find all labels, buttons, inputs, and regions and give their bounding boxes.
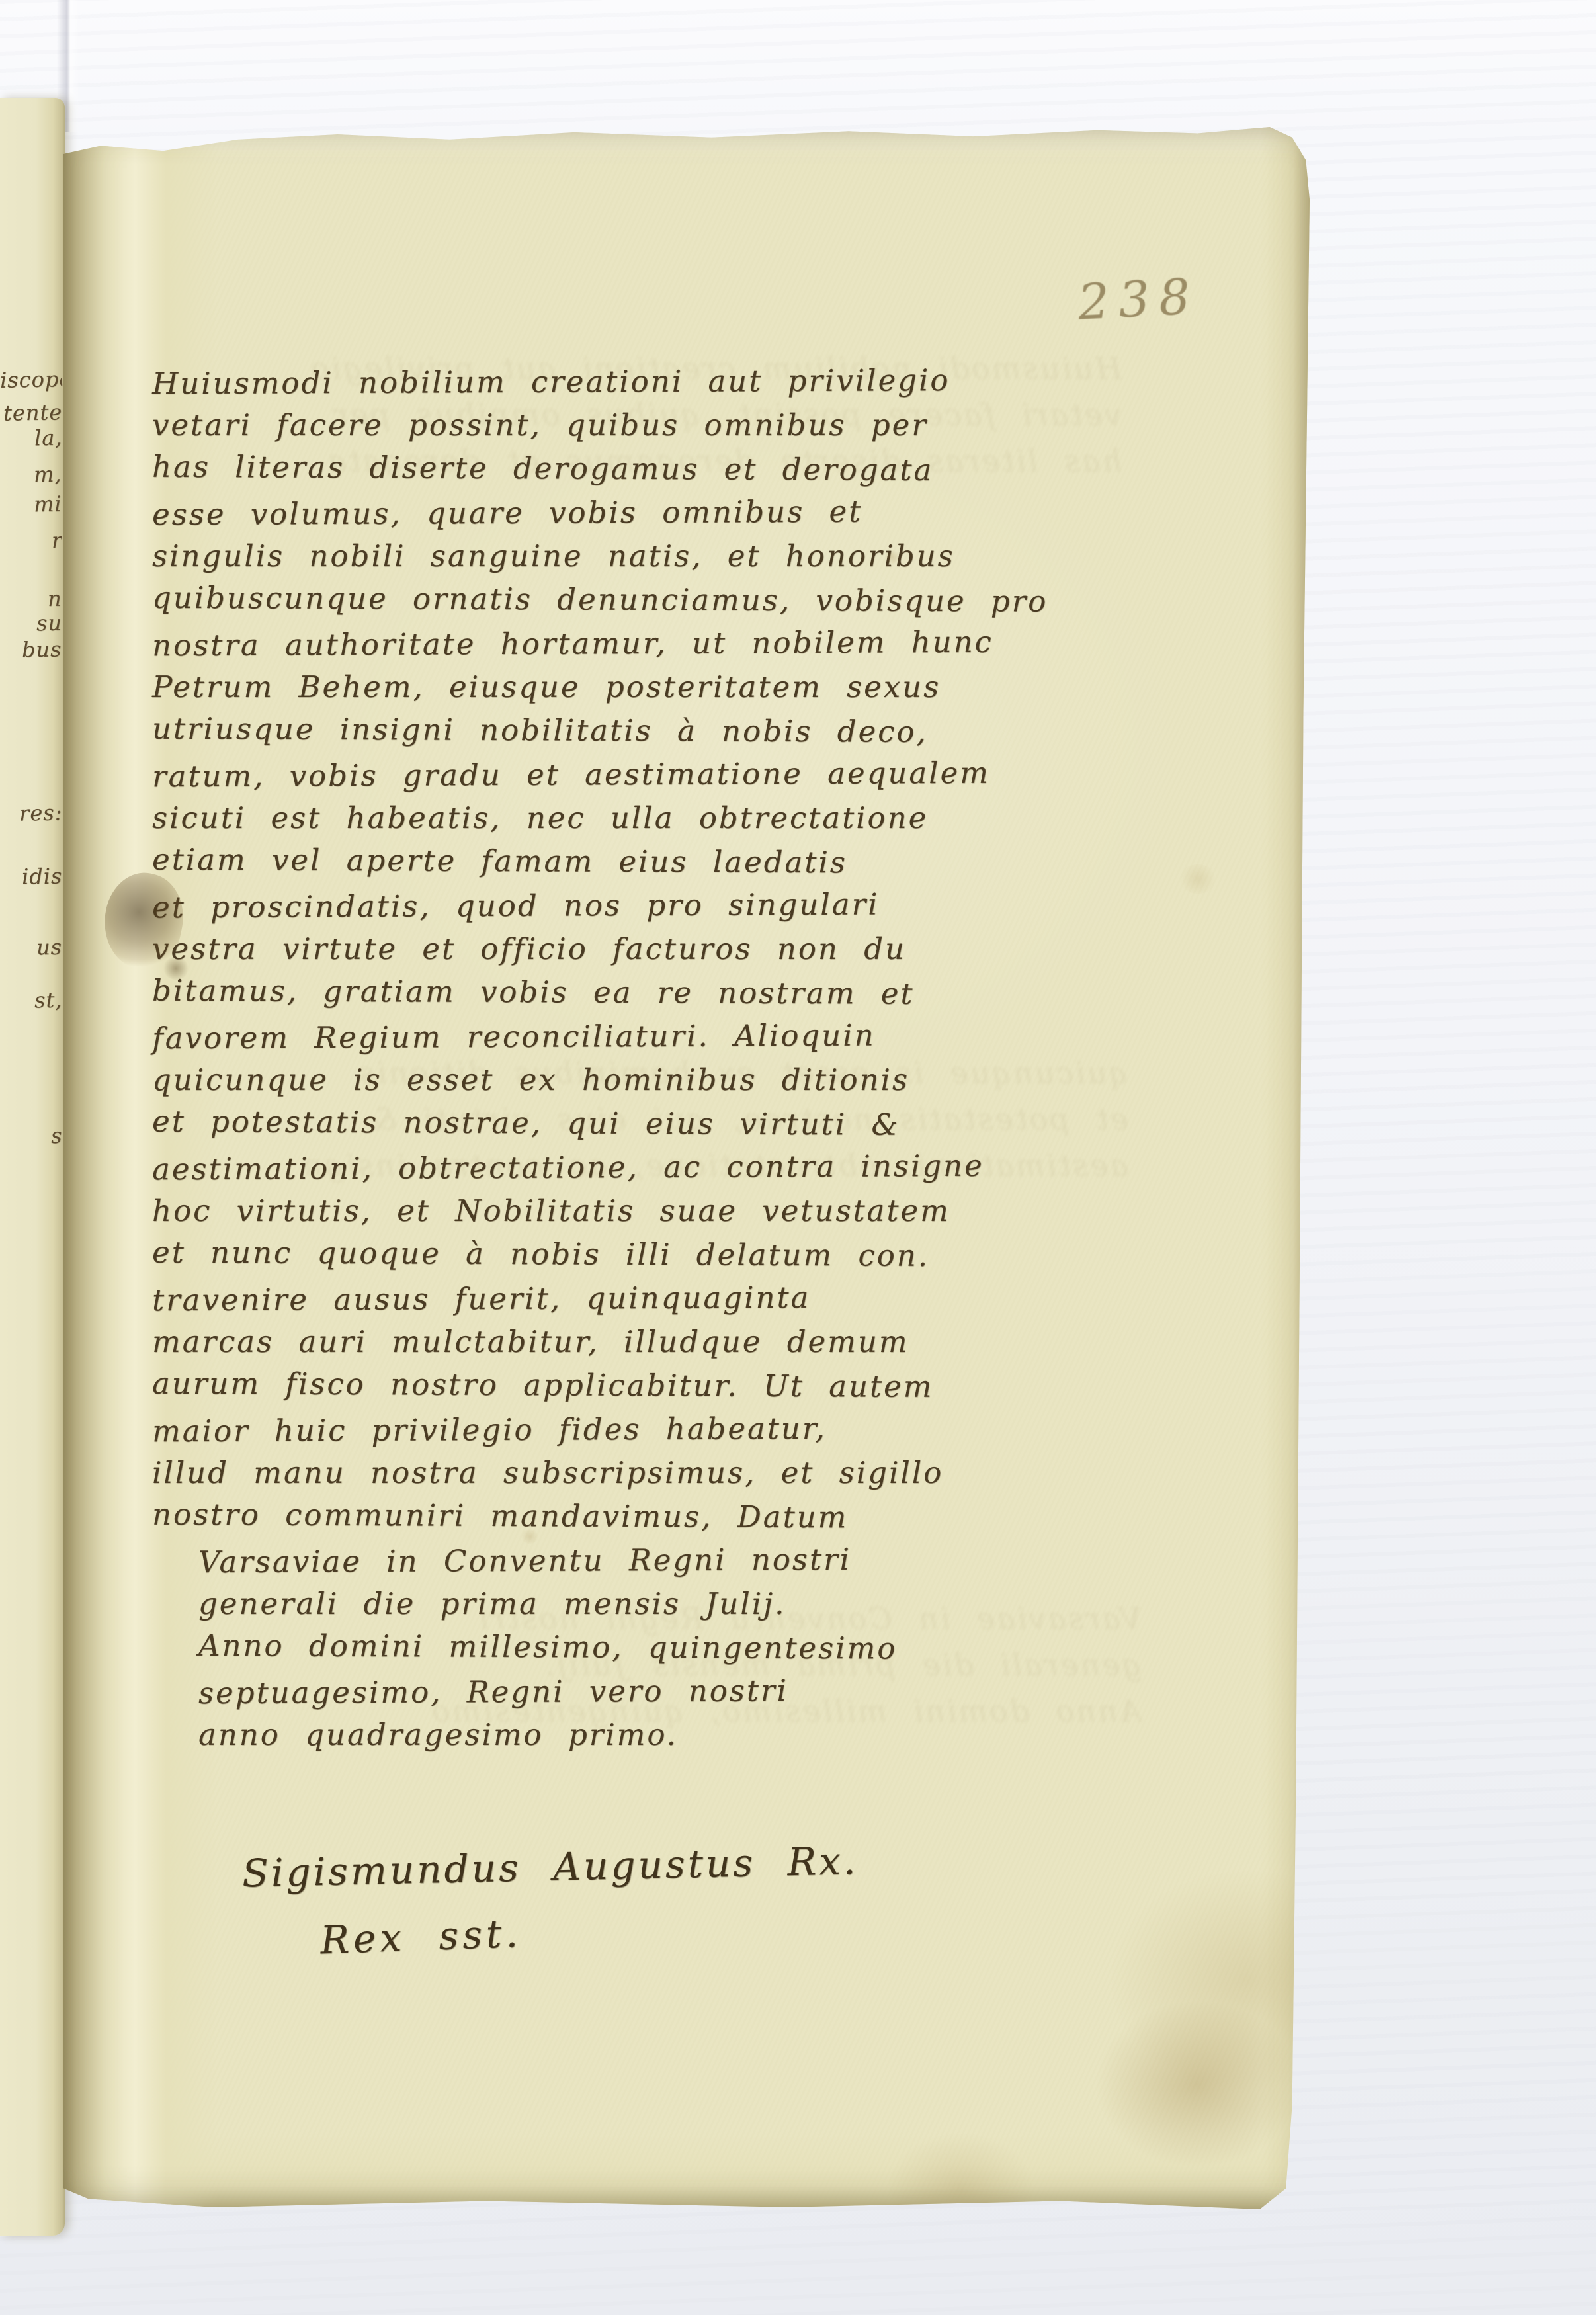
manuscript-line: ratum, vobis gradu et aestimatione aequa… — [152, 751, 1144, 799]
manuscript-line: Petrum Behem, eiusque posteritatem sexus — [152, 665, 1144, 709]
manuscript-line: nostra authoritate hortamur, ut nobilem … — [152, 620, 1144, 668]
margin-fragment: idis — [21, 863, 62, 889]
fox-spot — [1178, 864, 1218, 894]
scanned-manuscript-photo: { "page": { "folio_number": "238", "lang… — [0, 0, 1596, 2315]
manuscript-line: Anno domini millesimo, quingentesimo — [198, 1624, 1144, 1671]
manuscript-line: Varsaviae in Conventu Regni nostri — [198, 1536, 1144, 1584]
manuscript-line: vetari facere possint, quibus omnibus pe… — [152, 403, 1144, 447]
manuscript-line: generali die prima mensis Julij. — [198, 1582, 1144, 1626]
margin-fragment: m, — [34, 462, 62, 487]
margin-fragment: r — [51, 528, 62, 553]
manuscript-line: et proscindatis, quod nos pro singulari — [152, 882, 1144, 930]
manuscript-line: esse volumus, quare vobis omnibus et — [152, 489, 1144, 537]
manuscript-line: aurum fisco nostro applicabitur. Ut aute… — [152, 1362, 1144, 1410]
margin-fragment: su — [36, 610, 63, 636]
manuscript-line: et nunc quoque à nobis illi delatum con. — [152, 1231, 1144, 1279]
margin-fragment: mi — [34, 491, 62, 517]
manuscript-line: maior huic privilegio fides habeatur, — [152, 1406, 1144, 1454]
manuscript-line: favorem Regium reconciliaturi. Alioquin — [152, 1013, 1144, 1061]
manuscript-line: illud manu nostra subscripsimus, et sigi… — [152, 1451, 1144, 1495]
manuscript-line: quicunque is esset ex hominibus ditionis — [152, 1058, 1144, 1102]
manuscript-line: hoc virtutis, et Nobilitatis suae vetust… — [152, 1189, 1144, 1233]
margin-fragment: s — [50, 1123, 62, 1148]
manuscript-line: travenire ausus fuerit, quinquaginta — [152, 1275, 1144, 1323]
manuscript-line: anno quadragesimo primo. — [198, 1713, 1144, 1757]
manuscript-line: nostro communiri mandavimus, Datum — [152, 1493, 1144, 1541]
margin-fragment: tente — [3, 400, 62, 426]
manuscript-line: marcas auri mulctabitur, illudque demum — [152, 1320, 1144, 1364]
manuscript-line: singulis nobili sanguine natis, et honor… — [152, 534, 1144, 578]
margin-fragment: bus — [22, 636, 62, 662]
manuscript-page: 238 Huiusmodi nobilium creationi aut pri… — [63, 127, 1310, 2209]
margin-fragment: us — [36, 935, 63, 960]
manuscript-line: sicuti est habeatis, nec ulla obtrectati… — [152, 796, 1144, 840]
margin-fragment: n — [48, 586, 62, 611]
manuscript-line: septuagesimo, Regni vero nostri — [198, 1667, 1144, 1715]
fox-spot — [884, 550, 901, 564]
fox-spot — [520, 1529, 540, 1544]
signature-title: Rex sst. — [319, 1898, 904, 1963]
signature-block: Sigismundus Augustus Rx. Rex sst. — [242, 1844, 903, 1953]
manuscript-line: et potestatis nostrae, qui eius virtuti … — [152, 1100, 1144, 1148]
folio-number: 238 — [1077, 268, 1200, 331]
left-leaf: iscopotentela,m,mirnsubusres:idisusst,s — [0, 98, 65, 2236]
margin-fragment: iscopo — [0, 366, 62, 393]
margin-fragment: la, — [34, 425, 62, 451]
ink-blot-satellite — [163, 957, 189, 980]
margin-fragment: st, — [34, 988, 62, 1013]
scan-stage: iscopotentela,m,mirnsubusres:idisusst,s … — [0, 0, 1596, 2315]
margin-fragment: res: — [19, 800, 62, 825]
manuscript-line: utriusque insigni nobilitatis à nobis de… — [152, 707, 1144, 755]
manuscript-line: bitamus, gratiam vobis ea re nostram et — [152, 969, 1144, 1017]
manuscript-line: quibuscunque ornatis denunciamus, vobisq… — [152, 576, 1144, 624]
manuscript-line: aestimationi, obtrectatione, ac contra i… — [152, 1144, 1144, 1192]
signature-name: Sigismundus Augustus Rx. — [241, 1837, 903, 1896]
manuscript-line: has literas diserte derogamus et derogat… — [152, 445, 1144, 493]
manuscript-line: etiam vel aperte famam eius laedatis — [152, 838, 1144, 886]
text-block: Huiusmodi nobilium creationi aut privile… — [152, 360, 1144, 1757]
manuscript-line: vestra virtute et officio facturos non d… — [152, 927, 1144, 971]
manuscript-line: Huiusmodi nobilium creationi aut privile… — [152, 358, 1144, 406]
